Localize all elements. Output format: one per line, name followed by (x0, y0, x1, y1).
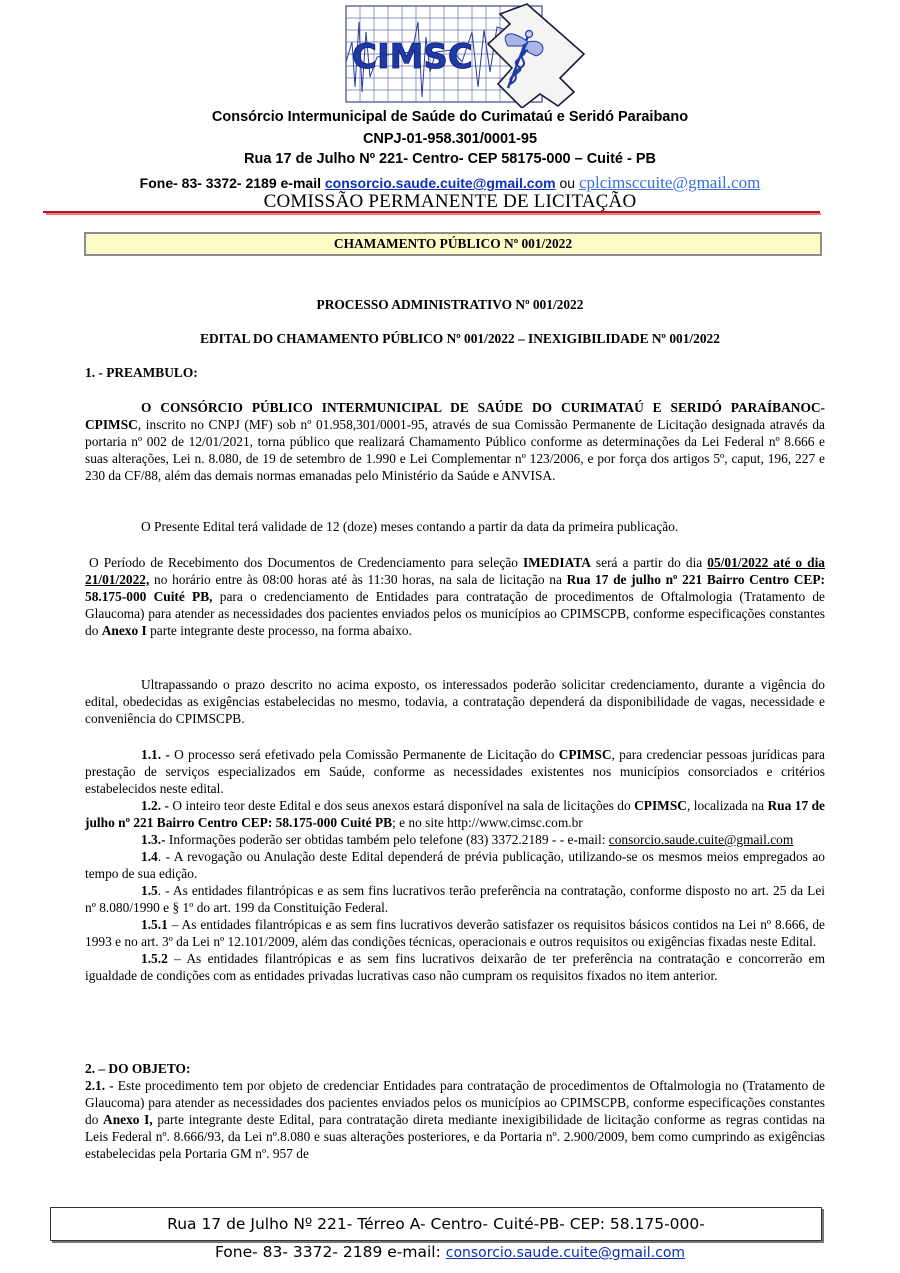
email-link-secondary[interactable]: cplcimsccuite@gmail.com (579, 173, 760, 192)
section-2-heading: 2. – DO OBJETO: (85, 1060, 825, 1077)
document-title-box: CHAMAMENTO PÚBLICO Nº 001/2022 (84, 232, 822, 256)
commission-title: COMISSÃO PERMANENTE DE LICITAÇÃO (0, 191, 900, 213)
item-1-5-2: 1.5.2 – As entidades filantrópicas e as … (85, 950, 825, 984)
header-rule-shadow (46, 213, 821, 215)
header-rule (43, 211, 820, 213)
contact-prefix: Fone- 83- 3372- 2189 e-mail (140, 175, 325, 191)
footer-contact-prefix: Fone- 83- 3372- 2189 e-mail: (215, 1243, 446, 1261)
section-2: 2. – DO OBJETO: 2.1. - Este procedimento… (85, 1060, 825, 1162)
contact-or: ou (556, 175, 579, 191)
org-name: Consórcio Intermunicipal de Saúde do Cur… (0, 109, 900, 125)
item-1-1: 1.1. - O processo será efetivado pela Co… (85, 746, 825, 797)
processo-title: PROCESSO ADMINISTRATIVO Nº 001/2022 (0, 296, 900, 313)
item-1-4: 1.4. - A revogação ou Anulação deste Edi… (85, 848, 825, 882)
svg-text:CIMSC: CIMSC (352, 37, 473, 77)
footer-contact: Fone- 83- 3372- 2189 e-mail: consorcio.s… (0, 1243, 900, 1261)
validade-paragraph: O Presente Edital terá validade de 12 (d… (85, 518, 825, 535)
items-1-list: 1.1. - O processo será efetivado pela Co… (85, 746, 825, 984)
item-2-1: 2.1. - Este procedimento tem por objeto … (85, 1077, 825, 1162)
footer-address-box: Rua 17 de Julho Nº 221- Térreo A- Centro… (50, 1207, 822, 1241)
org-address: Rua 17 de Julho Nº 221- Centro- CEP 5817… (0, 151, 900, 167)
item-1-5-1: 1.5.1 – As entidades filantrópicas e as … (85, 916, 825, 950)
footer-email-link[interactable]: consorcio.saude.cuite@gmail.com (446, 1245, 685, 1261)
periodo-paragraph: O Período de Recebimento dos Documentos … (85, 554, 825, 639)
preambulo-paragraph: O CONSÓRCIO PÚBLICO INTERMUNICIPAL DE SA… (85, 399, 825, 484)
org-contact: Fone- 83- 3372- 2189 e-mail consorcio.sa… (0, 173, 900, 193)
cimsc-logo: CIMSC (322, 2, 590, 108)
email-link-body[interactable]: consorcio.saude.cuite@gmail.com (609, 832, 794, 847)
item-1-5: 1.5. - As entidades filantrópicas e as s… (85, 882, 825, 916)
caduceus-logo-icon: CIMSC (322, 2, 590, 108)
item-1-2: 1.2. - O inteiro teor deste Edital e dos… (85, 797, 825, 831)
section-1-heading: 1. - PREAMBULO: (85, 364, 825, 381)
org-cnpj: CNPJ-01-958.301/0001-95 (0, 131, 900, 147)
email-link-primary[interactable]: consorcio.saude.cuite@gmail.com (325, 175, 556, 191)
item-1-3: 1.3.- Informações poderão ser obtidas ta… (85, 831, 825, 848)
edital-title: EDITAL DO CHAMAMENTO PÚBLICO Nº 001/2022… (10, 330, 900, 347)
ultrapassando-paragraph: Ultrapassando o prazo descrito no acima … (85, 676, 825, 727)
